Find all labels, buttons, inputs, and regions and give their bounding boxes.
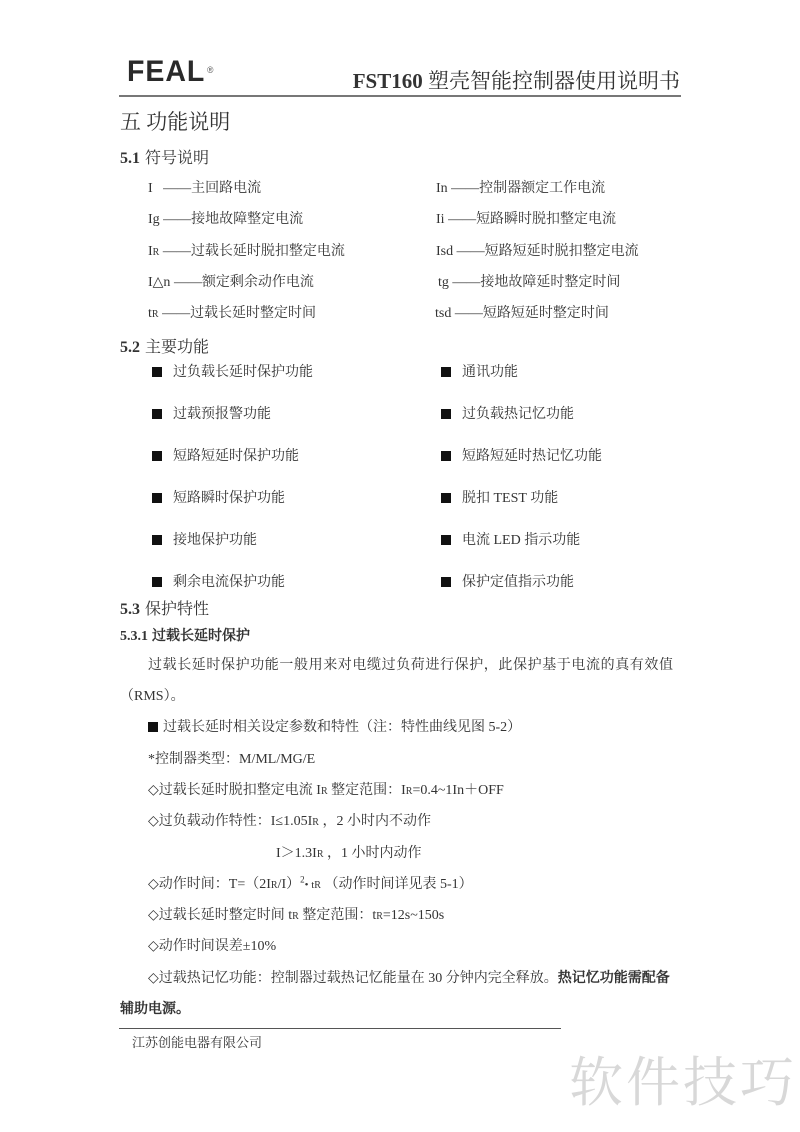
function-item: 过载预报警功能 [152, 403, 271, 423]
square-bullet-icon [441, 535, 451, 545]
function-label: 剩余电流保护功能 [173, 575, 285, 590]
symbol-row: tsd ——短路短延时整定时间 [435, 302, 609, 322]
symbol-desc: ——短路短延时整定时间 [455, 306, 609, 321]
text: ◇过载长延时整定时间 t [148, 908, 292, 923]
subscript: R [292, 911, 299, 922]
function-item: 保护定值指示功能 [441, 571, 574, 591]
params-heading: 过载长延时相关设定参数和特性（注：特性曲线见图 5-2） [148, 716, 521, 736]
symbol-row: I ——主回路电流 [148, 177, 261, 197]
subscript: R [312, 817, 319, 828]
square-bullet-icon [152, 367, 162, 377]
text: ◇动作时间：T=（2I [148, 877, 271, 892]
subscript: R [314, 880, 321, 891]
text: =0.4~1In＋OFF [412, 783, 503, 798]
function-label: 电流 LED 指示功能 [462, 533, 580, 548]
function-item: 接地保护功能 [152, 529, 257, 549]
function-label: 过负载热记忆功能 [462, 407, 574, 422]
symbol: Isd [436, 244, 453, 259]
square-bullet-icon [441, 367, 451, 377]
watermark: 软件技巧 [569, 1040, 797, 1117]
square-bullet-icon [152, 451, 162, 461]
overload-characteristic-2: I＞1.3IR ，1 小时内动作 [276, 842, 422, 862]
text: • t [305, 879, 315, 891]
function-label: 保护定值指示功能 [462, 575, 574, 590]
document-title-text: 塑壳智能控制器使用说明书 [428, 69, 680, 93]
function-label: 过负载长延时保护功能 [173, 365, 313, 380]
square-bullet-icon [152, 409, 162, 419]
function-label: 通讯功能 [462, 365, 518, 380]
symbol-subscript: R [153, 247, 160, 258]
square-bullet-icon [441, 451, 451, 461]
text: /I） [278, 877, 301, 892]
function-label: 脱扣 TEST 功能 [462, 491, 558, 506]
function-label: 过载预报警功能 [173, 407, 271, 422]
symbol: I [148, 181, 153, 196]
symbol-desc: ——过载长延时脱扣整定电流 [163, 244, 345, 259]
symbol: Ig [148, 212, 160, 227]
chapter-title: 五 功能说明 [120, 106, 230, 136]
function-item: 过负载长延时保护功能 [152, 361, 313, 381]
text: ◇过载热记忆功能：控制器过载热记忆能量在 30 分钟内完全释放。 [148, 971, 558, 986]
function-label: 短路瞬时保护功能 [173, 491, 285, 506]
section-5-3-heading: 5.3保护特性 [120, 596, 209, 619]
text: ，1 小时内动作 [324, 846, 422, 861]
tolerance: ◇动作时间误差±10% [148, 935, 276, 955]
overload-characteristic: ◇过负载动作特性：I≤1.05IR ，2 小时内不动作 [148, 810, 431, 830]
controller-types: *控制器类型：M/ML/MG/E [148, 748, 315, 768]
symbol-row: tR ——过载长延时整定时间 [148, 302, 316, 322]
bold-text: 热记忆功能需配备 [558, 971, 670, 986]
section-number: 5.2 [120, 339, 140, 356]
square-bullet-icon [441, 493, 451, 503]
thermal-memory-line-2: 辅助电源。 [120, 998, 190, 1018]
function-label: 短路短延时热记忆功能 [462, 449, 602, 464]
subscript: R [376, 911, 383, 922]
footer-divider [119, 1028, 561, 1029]
symbol: I△n [148, 275, 170, 290]
logo-text: FEAL [127, 55, 205, 88]
symbol-row: IR ——过载长延时脱扣整定电流 [148, 240, 345, 260]
section-5-2-heading: 5.2主要功能 [120, 334, 209, 357]
subscript: R [321, 786, 328, 797]
header-divider [119, 95, 681, 97]
params-heading-text: 过载长延时相关设定参数和特性（注：特性曲线见图 5-2） [163, 720, 521, 735]
square-bullet-icon [441, 577, 451, 587]
symbol-row: Ig ——接地故障整定电流 [148, 208, 303, 228]
square-bullet-icon [148, 722, 158, 732]
section-5-1-heading: 5.1符号说明 [120, 145, 209, 168]
section-title: 保护特性 [145, 601, 209, 618]
symbol-desc: ——接地故障整定电流 [163, 212, 303, 227]
subsection-title: 过载长延时保护 [152, 629, 250, 644]
registered-mark: ® [207, 65, 214, 75]
text: 整定范围：t [299, 908, 376, 923]
subsection-5-3-1-heading: 5.3.1过载长延时保护 [120, 625, 250, 645]
square-bullet-icon [152, 535, 162, 545]
function-item: 剩余电流保护功能 [152, 571, 285, 591]
text: I＞1.3I [276, 846, 317, 861]
symbol: tsd [435, 306, 451, 321]
function-label: 短路短延时保护功能 [173, 449, 299, 464]
symbol-desc: ——额定剩余动作电流 [174, 275, 314, 290]
symbol-desc: ——短路短延时脱扣整定电流 [457, 244, 639, 259]
function-label: 接地保护功能 [173, 533, 257, 548]
symbol: Ii [436, 212, 445, 227]
symbol-subscript: R [152, 309, 159, 320]
symbol-row: I△n ——额定剩余动作电流 [148, 271, 314, 291]
section-title: 主要功能 [145, 339, 209, 356]
symbol-row: Isd ——短路短延时脱扣整定电流 [436, 240, 639, 260]
square-bullet-icon [152, 577, 162, 587]
model-name: FST160 [353, 69, 423, 93]
feal-logo: FEAL® [127, 56, 214, 88]
square-bullet-icon [441, 409, 451, 419]
function-item: 电流 LED 指示功能 [441, 529, 580, 549]
subscript: R [271, 880, 278, 891]
intro-paragraph-line-2: （RMS）。 [120, 685, 185, 705]
function-item: 过负载热记忆功能 [441, 403, 574, 423]
square-bullet-icon [152, 493, 162, 503]
symbol-desc: ——主回路电流 [163, 181, 261, 196]
function-item: 脱扣 TEST 功能 [441, 487, 558, 507]
symbol-row: tg ——接地故障延时整定时间 [438, 271, 620, 291]
symbol-desc: ——接地故障延时整定时间 [452, 275, 620, 290]
symbol: In [436, 181, 448, 196]
thermal-memory-line-1: ◇过载热记忆功能：控制器过载热记忆能量在 30 分钟内完全释放。热记忆功能需配备 [148, 967, 670, 987]
subscript: R [317, 849, 324, 860]
section-title: 符号说明 [145, 150, 209, 167]
ir-range: ◇过载长延时脱扣整定电流 IR 整定范围：IR=0.4~1In＋OFF [148, 779, 504, 799]
text: ，2 小时内不动作 [319, 814, 431, 829]
text: ◇过负载动作特性：I≤1.05I [148, 814, 312, 829]
function-item: 短路短延时保护功能 [152, 445, 299, 465]
symbol-row: Ii ——短路瞬时脱扣整定电流 [436, 208, 616, 228]
text: ◇过载长延时脱扣整定电流 I [148, 783, 321, 798]
action-time-formula: ◇动作时间：T=（2IR/I）2• tR （动作时间详见表 5-1） [148, 873, 473, 893]
function-item: 短路瞬时保护功能 [152, 487, 285, 507]
symbol-desc: ——过载长延时整定时间 [162, 306, 316, 321]
symbol: tg [438, 275, 449, 290]
symbol-desc: ——控制器额定工作电流 [451, 181, 605, 196]
subsection-number: 5.3.1 [120, 629, 148, 644]
document-title: FST160 塑壳智能控制器使用说明书 [353, 68, 680, 94]
symbol-desc: ——短路瞬时脱扣整定电流 [448, 212, 616, 227]
footer-company: 江苏创能电器有限公司 [132, 1032, 262, 1051]
text: =12s~150s [383, 908, 444, 923]
symbol-row: In ——控制器额定工作电流 [436, 177, 605, 197]
section-number: 5.1 [120, 150, 140, 167]
tr-range: ◇过载长延时整定时间 tR 整定范围：tR=12s~150s [148, 904, 444, 924]
text: （动作时间详见表 5-1） [321, 877, 473, 892]
function-item: 短路短延时热记忆功能 [441, 445, 602, 465]
function-item: 通讯功能 [441, 361, 518, 381]
text: 整定范围：I [328, 783, 406, 798]
section-number: 5.3 [120, 601, 140, 618]
intro-paragraph-line-1: 过载长延时保护功能一般用来对电缆过负荷进行保护，此保护基于电流的真有效值 [148, 654, 674, 674]
